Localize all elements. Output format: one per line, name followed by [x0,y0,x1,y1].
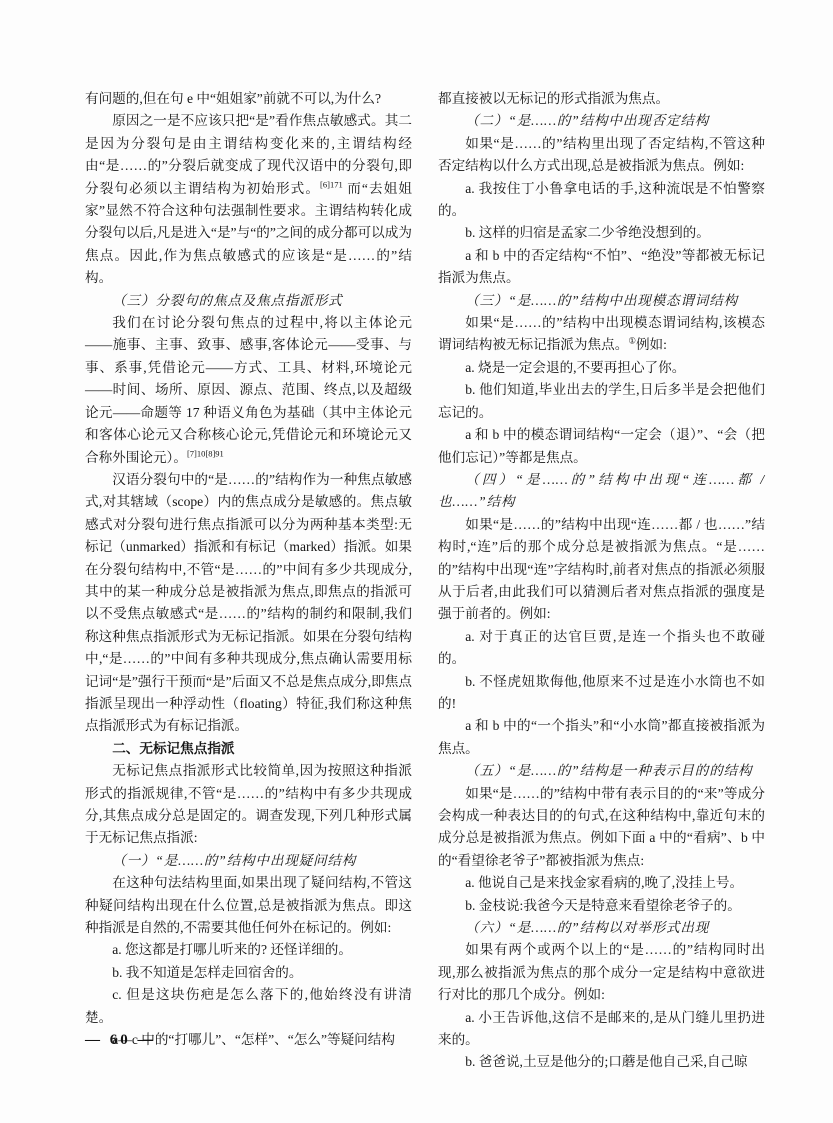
text-run: a 和 b 中的否定结构“不怕”、“绝没”等都被无标记指派为焦点。 [438,248,765,285]
text-run: 例如: [636,337,667,352]
paragraph: a 和 b 中的模态谓词结构“一定会（退）”、“会（把他们忘记）”等都是焦点。 [438,424,765,469]
text-run: c. 但是这块伤疤是怎么落下的,他始终没有讲清楚。 [85,987,412,1024]
paragraph: 如果“是……的”结构中出现“连……都 / 也……”结构时,“连”后的那个成分总是… [438,514,765,626]
paragraph: 汉语分裂句中的“是……的”结构作为一种焦点敏感式,对其辖域（scope）内的焦点… [85,469,412,738]
text-run: b. 我不知道是怎样走回宿舍的。 [112,965,302,980]
text-run: b. 爸爸说,土豆是他分的;口蘑是他自己采,自己晾 [465,1054,747,1069]
paragraph: 有问题的,但在句 e 中“姐姐家”前就不可以,为什么? [85,88,412,110]
example-line: b. 他们知道,毕业出去的学生,日后多半是会把他们忘记的。 [438,379,765,424]
text-run: 如果“是……的”结构中带有表示目的的“来”等成分会构成一种表达目的的句式,在这种… [438,786,765,868]
subsection-heading: （一）“是……的”结构中出现疑问结构 [85,850,412,872]
text-run: （二）“是……的”结构中出现否定结构 [465,113,709,128]
text-run: （六）“是……的”结构以对举形式出现 [465,920,709,935]
paragraph: a 和 b 中的“一个指头”和“小水筒”都直接被指派为焦点。 [438,715,765,760]
paragraph: 无标记焦点指派形式比较简单,因为按照这种指派形式的指派规律,不管“是……的”结构… [85,760,412,850]
text-run: a. 烧是一定会退的,不要再担心了你。 [465,360,685,375]
paragraph: 在这种句法结构里面,如果出现了疑问结构,不管这种疑问结构出现在什么位置,总是被指… [85,872,412,939]
subsection-heading: （四）“是……的”结构中出现“连……都 / 也……”结构 [438,469,765,514]
right-column: 都直接被以无标记的形式指派为焦点。（二）“是……的”结构中出现否定结构如果“是…… [438,88,765,1074]
text-run: a. 小王告诉他,这信不是邮来的,是从门缝儿里扔进来的。 [438,1010,765,1047]
left-column: 有问题的,但在句 e 中“姐姐家”前就不可以,为什么?原因之一是不应该只把“是”… [85,88,412,1074]
footnote-ref: ① [628,336,636,346]
page-number: — 60 — [85,1032,156,1049]
text-run: 如果“是……的”结构里出现了否定结构,不管这种否定结构以什么方式出现,总是被指派… [438,136,765,173]
text-columns: 有问题的,但在句 e 中“姐姐家”前就不可以,为什么?原因之一是不应该只把“是”… [85,88,765,1074]
paragraph: 如果“是……的”结构中带有表示目的的“来”等成分会构成一种表达目的的句式,在这种… [438,783,765,873]
paragraph: 如果有两个或两个以上的“是……的”结构同时出现,那么被指派为焦点的那个成分一定是… [438,939,765,1006]
text-run: （五）“是……的”结构是一种表示目的的结构 [465,763,752,778]
text-run: a. 您这都是打哪儿听来的? 还怪详细的。 [112,942,352,957]
paragraph: 如果“是……的”结构里出现了否定结构,不管这种否定结构以什么方式出现,总是被指派… [438,133,765,178]
text-run: b. 不怪虎妞欺侮他,他原来不过是连小水筒也不如的! [438,674,765,711]
text-run: 汉语分裂句中的“是……的”结构作为一种焦点敏感式,对其辖域（scope）内的焦点… [85,472,412,733]
paragraph: 原因之一是不应该只把“是”看作焦点敏感式。其二是因为分裂句是由主谓结构变化来的,… [85,110,412,289]
text-run: （三）分裂句的焦点及焦点指派形式 [112,293,342,308]
paragraph: a 和 b 中的否定结构“不怕”、“绝没”等都被无标记指派为焦点。 [438,245,765,290]
subsection-heading: （三）分裂句的焦点及焦点指派形式 [85,290,412,312]
text-run: a. 我按住丁小鲁拿电话的手,这种流氓是不怕警察的。 [438,181,765,218]
text-run: a 和 b 中的模态谓词结构“一定会（退）”、“会（把他们忘记）”等都是焦点。 [438,427,765,464]
subsection-heading: （二）“是……的”结构中出现否定结构 [438,110,765,132]
text-run: b. 金枝说:我爸今天是特意来看望徐老爷子的。 [465,898,741,913]
text-run: （三）“是……的”结构中出现模态谓词结构 [465,293,738,308]
example-line: a. 对于真正的达官巨贾,是连一个指头也不敢碰的。 [438,626,765,671]
example-line: a. 小王告诉他,这信不是邮来的,是从门缝儿里扔进来的。 [438,1007,765,1052]
section-heading: 二、无标记焦点指派 [85,738,412,760]
paragraph: 都直接被以无标记的形式指派为焦点。 [438,88,765,110]
text-run: 如果“是……的”结构中出现“连……都 / 也……”结构时,“连”后的那个成分总是… [438,517,765,622]
text-run: 我们在讨论分裂句焦点的过程中,将以主体论元——施事、主事、致事、感事,客体论元—… [85,315,412,464]
footnote-ref: [7]10[8]91 [187,448,224,458]
text-run: 都直接被以无标记的形式指派为焦点。 [438,91,669,106]
text-run: （一）“是……的”结构中出现疑问结构 [112,853,356,868]
paragraph: 如果“是……的”结构中出现模态谓词结构,该模态谓词结构被无标记指派为焦点。①例如… [438,312,765,357]
example-line: a. 烧是一定会退的,不要再担心了你。 [438,357,765,379]
text-run: 在这种句法结构里面,如果出现了疑问结构,不管这种疑问结构出现在什么位置,总是被指… [85,875,412,935]
text-run: 如果有两个或两个以上的“是……的”结构同时出现,那么被指派为焦点的那个成分一定是… [438,942,765,1002]
subsection-heading: （三）“是……的”结构中出现模态谓词结构 [438,290,765,312]
text-run: a 和 b 中的“一个指头”和“小水筒”都直接被指派为焦点。 [438,718,765,755]
text-run: 无标记焦点指派形式比较简单,因为按照这种指派形式的指派规律,不管“是……的”结构… [85,763,412,845]
text-run: 有问题的,但在句 e 中“姐姐家”前就不可以,为什么? [85,91,381,106]
paragraph: 我们在讨论分裂句焦点的过程中,将以主体论元——施事、主事、致事、感事,客体论元—… [85,312,412,469]
example-line: a. 我按住丁小鲁拿电话的手,这种流氓是不怕警察的。 [438,178,765,223]
text-run: 如果“是……的”结构中出现模态谓词结构,该模态谓词结构被无标记指派为焦点。 [438,315,765,352]
example-line: b. 这样的归宿是孟家二少爷绝没想到的。 [438,222,765,244]
footnote-ref: [6]171 [320,179,343,189]
text-run: 二、无标记焦点指派 [112,741,234,756]
example-line: b. 金枝说:我爸今天是特意来看望徐老爷子的。 [438,895,765,917]
example-line: b. 不怪虎妞欺侮他,他原来不过是连小水筒也不如的! [438,671,765,716]
subsection-heading: （六）“是……的”结构以对举形式出现 [438,917,765,939]
text-run: 而“去姐姐家”显然不符合这种句法强制性要求。主谓结构转化成分裂句以后,凡是进入“… [85,181,412,286]
example-line: a. 您这都是打哪儿听来的? 还怪详细的。 [85,939,412,961]
document-page: 有问题的,但在句 e 中“姐姐家”前就不可以,为什么?原因之一是不应该只把“是”… [0,0,833,1123]
text-run: a. 他说自己是来找金家看病的,晚了,没挂上号。 [465,875,743,890]
text-run: b. 他们知道,毕业出去的学生,日后多半是会把他们忘记的。 [438,382,765,419]
example-line: a. 他说自己是来找金家看病的,晚了,没挂上号。 [438,872,765,894]
subsection-heading: （五）“是……的”结构是一种表示目的的结构 [438,760,765,782]
example-line: c. 但是这块伤疤是怎么落下的,他始终没有讲清楚。 [85,984,412,1029]
text-run: a. 对于真正的达官巨贾,是连一个指头也不敢碰的。 [438,629,765,666]
text-run: （四）“是……的”结构中出现“连……都 / 也……”结构 [438,472,765,509]
example-line: b. 我不知道是怎样走回宿舍的。 [85,962,412,984]
text-run: b. 这样的归宿是孟家二少爷绝没想到的。 [465,225,710,240]
example-line: b. 爸爸说,土豆是他分的;口蘑是他自己采,自己晾 [438,1051,765,1073]
